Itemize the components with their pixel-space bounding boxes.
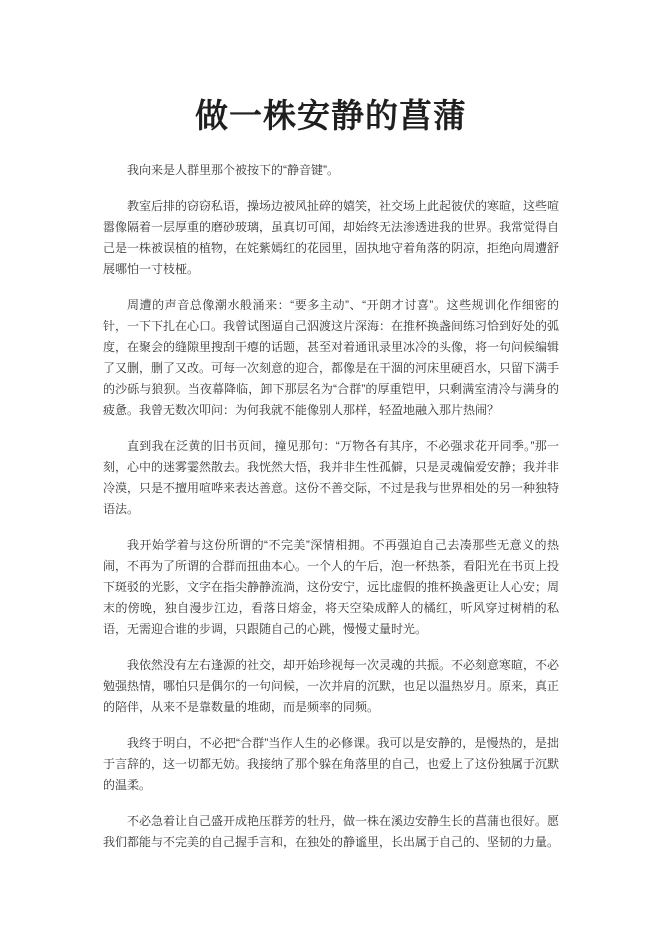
essay-paragraph: 直到我在泛黄的旧书页间，撞见那句：“万物各有其序，不必强求花开同季。”那一刻，心… (103, 436, 559, 520)
essay-paragraph: 周遭的声音总像潮水般涌来：“要多主动”、“开朗才讨喜”。这些规训化作细密的针，一… (103, 295, 559, 421)
essay-paragraph: 我开始学着与这份所谓的“不完美”深情相拥。不再强迫自己去凑那些无意义的热闹，不再… (103, 535, 559, 640)
essay-paragraph: 我向来是人群里那个被按下的“静音键”。 (103, 160, 559, 181)
essay-body: 我向来是人群里那个被按下的“静音键”。 教室后排的窃窃私语，操场边被风扯碎的嬉笑… (103, 160, 559, 853)
essay-paragraph: 我依然没有左右逢源的社交，却开始珍视每一次灵魂的共振。不必刻意寒暄，不必勉强热情… (103, 655, 559, 718)
essay-page: 做一株安静的菖蒲 我向来是人群里那个被按下的“静音键”。 教室后排的窃窃私语，操… (0, 0, 655, 940)
essay-paragraph: 教室后排的窃窃私语，操场边被风扯碎的嬉笑，社交场上此起彼伏的寒暄，这些喧嚣像隔着… (103, 196, 559, 280)
essay-paragraph: 不必急着让自己盛开成艳压群芳的牡丹，做一株在溪边安静生长的菖蒲也很好。愿我们都能… (103, 811, 559, 853)
essay-title: 做一株安静的菖蒲 (103, 95, 559, 136)
essay-paragraph: 我终于明白，不必把“合群”当作人生的必修课。我可以是安静的，是慢热的，是拙于言辞… (103, 733, 559, 796)
